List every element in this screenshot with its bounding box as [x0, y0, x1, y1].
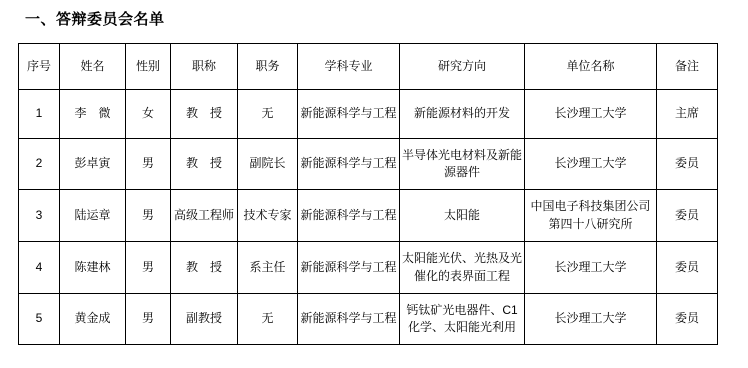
table-cell: 新能源科学与工程 [298, 190, 400, 242]
table-cell: 陆运章 [60, 190, 126, 242]
table-row: 3 陆运章 男 高级工程师 技术专家 新能源科学与工程 太阳能 中国电子科技集团… [19, 190, 718, 242]
table-row: 1 李 微 女 教 授 无 新能源科学与工程 新能源材料的开发 长沙理工大学 主… [19, 90, 718, 139]
header-cell-discipline: 学科专业 [298, 44, 400, 90]
header-cell-number: 序号 [19, 44, 60, 90]
table-cell: 4 [19, 242, 60, 294]
table-row: 2 彭卓寅 男 教 授 副院长 新能源科学与工程 半导体光电材料及新能源器件 长… [19, 139, 718, 190]
header-cell-name: 姓名 [60, 44, 126, 90]
table-cell: 1 [19, 90, 60, 139]
table-row: 4 陈建林 男 教 授 系主任 新能源科学与工程 太阳能光伏、光热及光催化的表界… [19, 242, 718, 294]
table-header-row: 序号 姓名 性别 职称 职务 学科专业 研究方向 单位名称 备注 [19, 44, 718, 90]
table-cell: 委员 [657, 139, 718, 190]
table-cell: 男 [126, 294, 171, 345]
table-cell: 2 [19, 139, 60, 190]
table-cell: 半导体光电材料及新能源器件 [400, 139, 525, 190]
page-title: 一、答辩委员会名单 [25, 8, 165, 29]
table-cell: 3 [19, 190, 60, 242]
table-cell: 高级工程师 [171, 190, 238, 242]
table-cell: 无 [238, 294, 298, 345]
table-cell: 李 微 [60, 90, 126, 139]
header-cell-position: 职务 [238, 44, 298, 90]
table-cell: 长沙理工大学 [525, 294, 657, 345]
table-cell: 男 [126, 139, 171, 190]
table-cell: 彭卓寅 [60, 139, 126, 190]
header-cell-gender: 性别 [126, 44, 171, 90]
document-page: 一、答辩委员会名单 序号 姓名 性别 职称 职务 学科专业 研究方向 单位名称 … [0, 0, 748, 368]
table-cell: 5 [19, 294, 60, 345]
header-cell-remark: 备注 [657, 44, 718, 90]
table-cell: 黄金成 [60, 294, 126, 345]
table-cell: 新能源材料的开发 [400, 90, 525, 139]
table-cell: 技术专家 [238, 190, 298, 242]
table-cell: 太阳能 [400, 190, 525, 242]
table-cell: 委员 [657, 294, 718, 345]
table-cell: 男 [126, 190, 171, 242]
table-cell: 教 授 [171, 139, 238, 190]
table-cell: 委员 [657, 190, 718, 242]
table-cell: 副院长 [238, 139, 298, 190]
table-cell: 太阳能光伏、光热及光催化的表界面工程 [400, 242, 525, 294]
table-cell: 新能源科学与工程 [298, 139, 400, 190]
table-cell: 长沙理工大学 [525, 242, 657, 294]
table-cell: 长沙理工大学 [525, 90, 657, 139]
table-cell: 委员 [657, 242, 718, 294]
table-cell: 陈建林 [60, 242, 126, 294]
header-cell-organization: 单位名称 [525, 44, 657, 90]
header-cell-title: 职称 [171, 44, 238, 90]
table-cell: 长沙理工大学 [525, 139, 657, 190]
table-cell: 新能源科学与工程 [298, 90, 400, 139]
table-cell: 系主任 [238, 242, 298, 294]
table-cell: 新能源科学与工程 [298, 242, 400, 294]
table-cell: 副教授 [171, 294, 238, 345]
table-cell: 教 授 [171, 90, 238, 139]
table-cell: 男 [126, 242, 171, 294]
header-cell-research: 研究方向 [400, 44, 525, 90]
table-cell: 教 授 [171, 242, 238, 294]
table-cell: 钙钛矿光电器件、C1 化学、太阳能光利用 [400, 294, 525, 345]
table-cell: 主席 [657, 90, 718, 139]
table-cell: 中国电子科技集团公司第四十八研究所 [525, 190, 657, 242]
table-cell: 无 [238, 90, 298, 139]
committee-table: 序号 姓名 性别 职称 职务 学科专业 研究方向 单位名称 备注 1 李 微 女… [18, 43, 718, 345]
table-cell: 女 [126, 90, 171, 139]
table-cell: 新能源科学与工程 [298, 294, 400, 345]
table-row: 5 黄金成 男 副教授 无 新能源科学与工程 钙钛矿光电器件、C1 化学、太阳能… [19, 294, 718, 345]
